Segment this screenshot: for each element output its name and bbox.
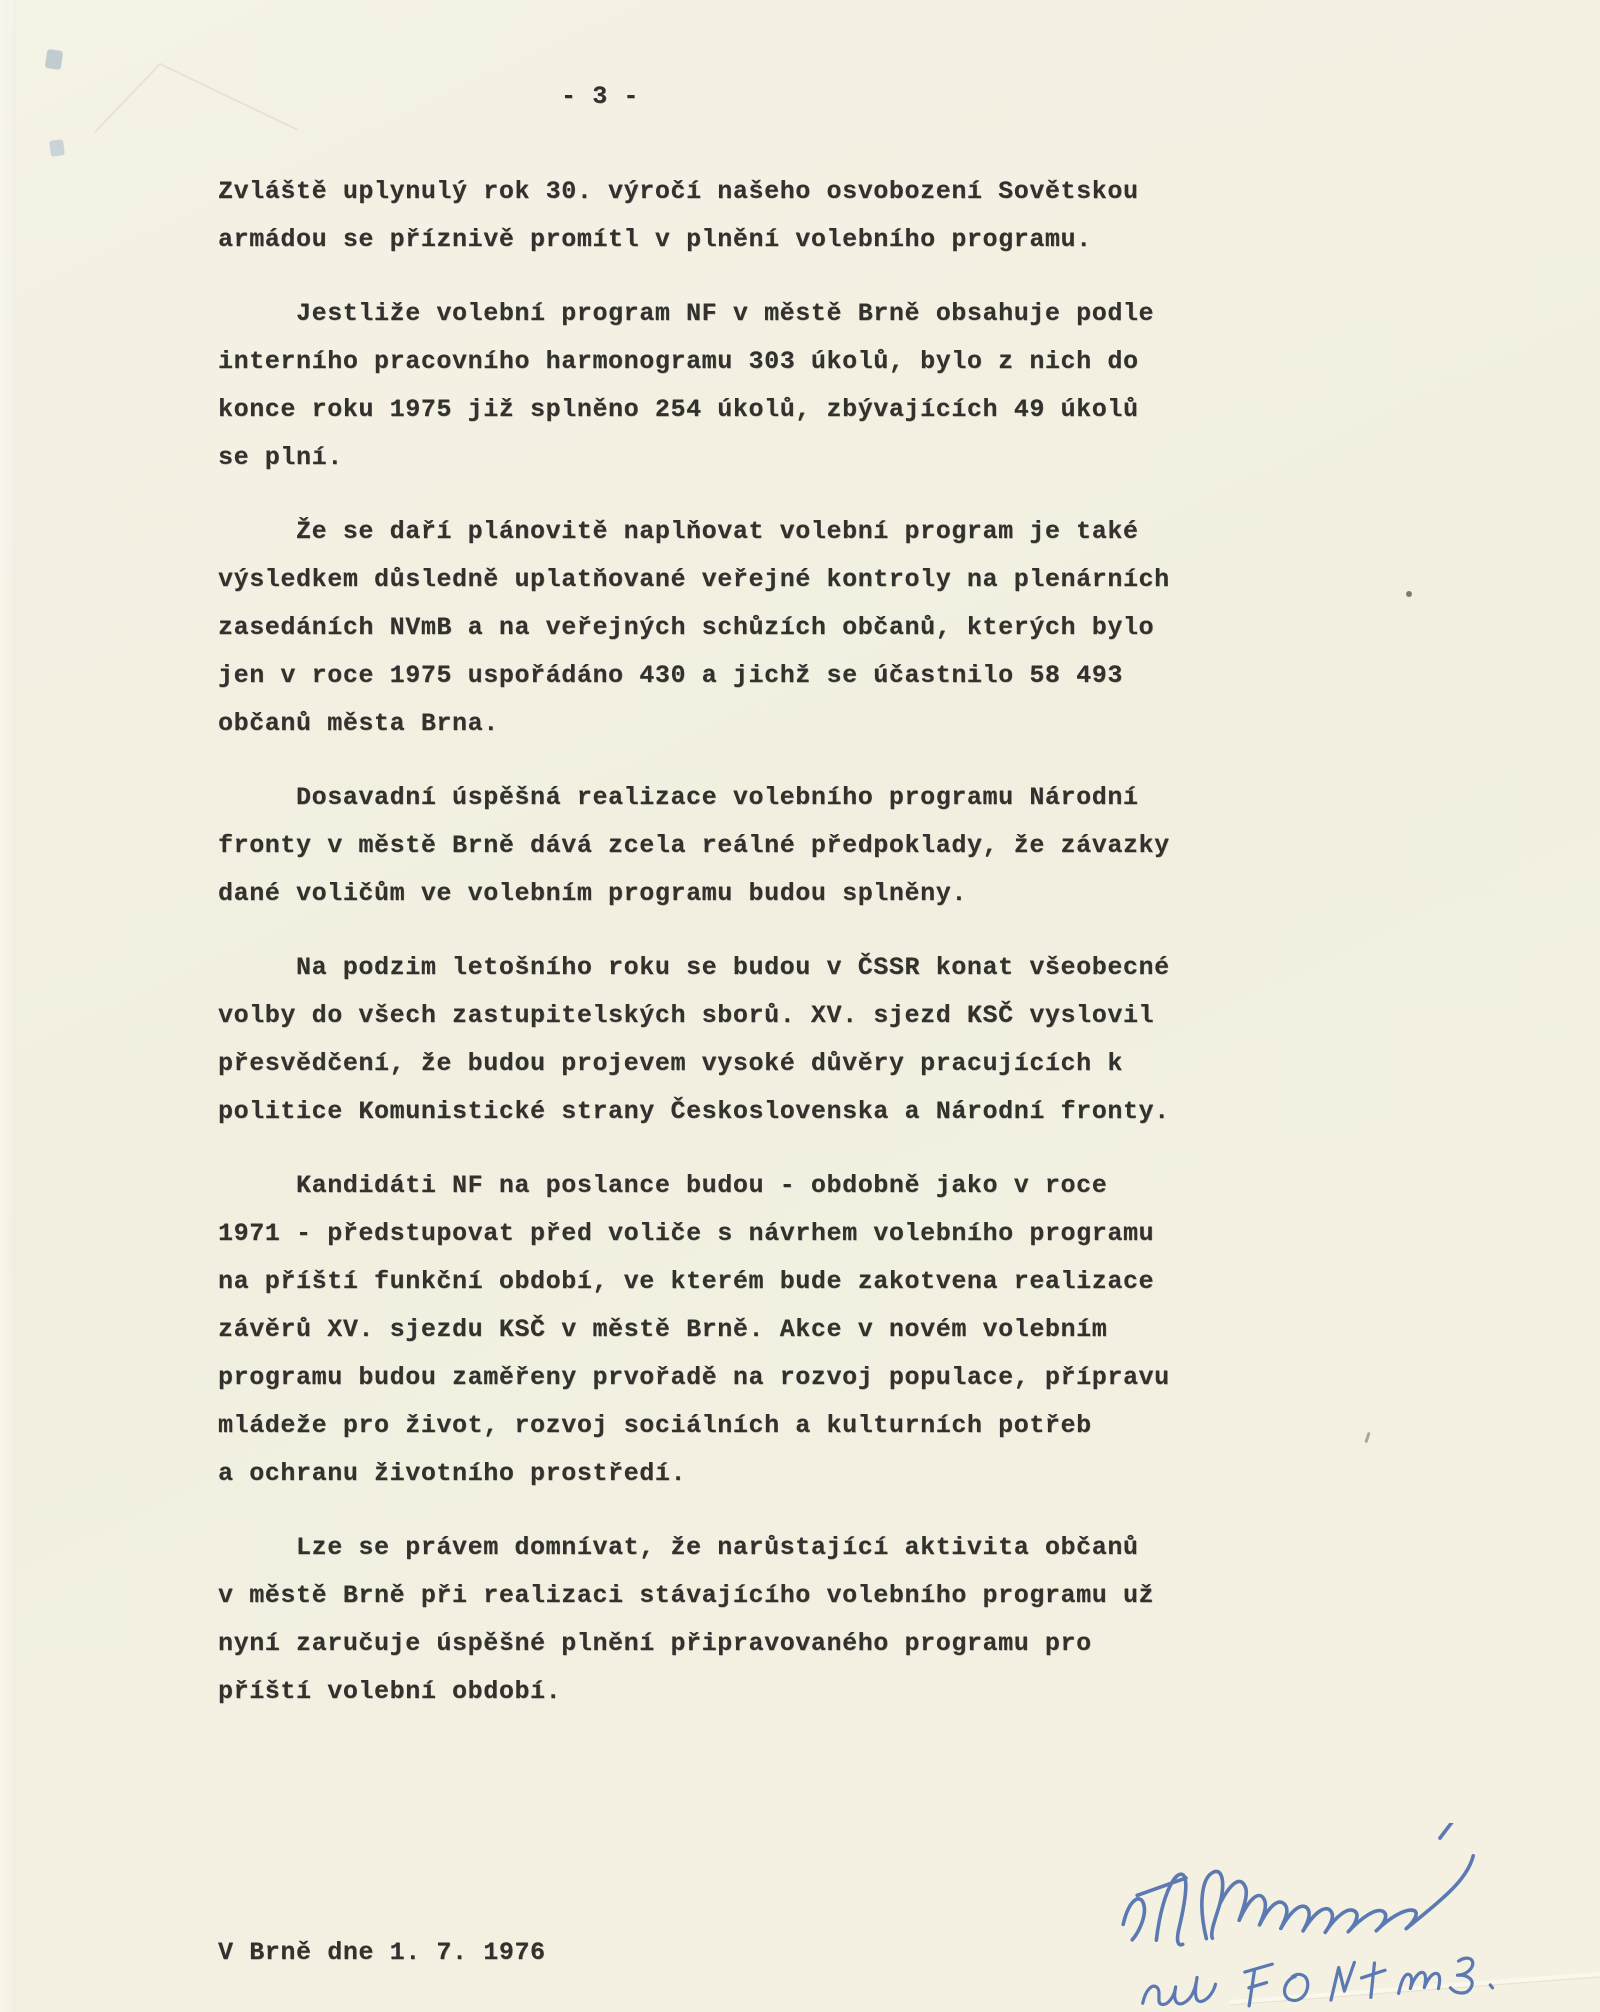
paragraph: Na podzim letošního roku se budou v ČSSR… bbox=[218, 944, 1228, 1136]
text-line: konce roku 1975 již splněno 254 úkolů, z… bbox=[218, 386, 1228, 434]
paper-edge bbox=[0, 0, 15, 2012]
text-line: volby do všech zastupitelských sborů. XV… bbox=[218, 992, 1228, 1040]
text-line: zasedáních NVmB a na veřejných schůzích … bbox=[218, 604, 1228, 652]
text-line: výsledkem důsledně uplatňované veřejné k… bbox=[218, 556, 1228, 604]
text-line: politice Komunistické strany Českosloven… bbox=[218, 1088, 1228, 1136]
text-line: občanů města Brna. bbox=[218, 700, 1228, 748]
paragraph: Že se daří plánovitě naplňovat volební p… bbox=[218, 508, 1228, 748]
text-line: jen v roce 1975 uspořádáno 430 a jichž s… bbox=[218, 652, 1228, 700]
page-number: - 3 - bbox=[561, 82, 639, 111]
text-line: 1971 - předstupovat před voliče s návrhe… bbox=[218, 1210, 1228, 1258]
text-line: nyní zaručuje úspěšné plnění připravovan… bbox=[218, 1620, 1228, 1668]
text-line: se plní. bbox=[218, 434, 1228, 482]
text-line: Jestliže volební program NF v městě Brně… bbox=[218, 290, 1228, 338]
text-line: Kandidáti NF na poslance budou - obdobně… bbox=[218, 1162, 1228, 1210]
staple-mark bbox=[45, 49, 63, 70]
text-line: závěrů XV. sjezdu KSČ v městě Brně. Akce… bbox=[218, 1306, 1228, 1354]
text-line: Dosavadní úspěšná realizace volebního pr… bbox=[218, 774, 1228, 822]
text-line: interního pracovního harmonogramu 303 úk… bbox=[218, 338, 1228, 386]
document-page: - 3 - Zvláště uplynulý rok 30. výročí na… bbox=[0, 0, 1600, 2012]
staple-mark bbox=[49, 139, 65, 157]
paragraph: Zvláště uplynulý rok 30. výročí našeho o… bbox=[218, 168, 1228, 264]
signature-stroke-line2 bbox=[1141, 1949, 1493, 2008]
text-line: mládeže pro život, rozvoj sociálních a k… bbox=[218, 1402, 1228, 1450]
text-line: programu budou zaměřeny prvořadě na rozv… bbox=[218, 1354, 1228, 1402]
paragraph: Jestliže volební program NF v městě Brně… bbox=[218, 290, 1228, 482]
paragraph: Kandidáti NF na poslance budou - obdobně… bbox=[218, 1162, 1228, 1498]
paragraph: Dosavadní úspěšná realizace volebního pr… bbox=[218, 774, 1228, 918]
date-line: V Brně dne 1. 7. 1976 bbox=[218, 1938, 546, 1967]
text-line: fronty v městě Brně dává zcela reálné př… bbox=[218, 822, 1228, 870]
text-line: a ochranu životního prostředí. bbox=[218, 1450, 1228, 1498]
text-line: Že se daří plánovitě naplňovat volební p… bbox=[218, 508, 1228, 556]
text-line: v městě Brně při realizaci stávajícího v… bbox=[218, 1572, 1228, 1620]
text-line: přesvědčení, že budou projevem vysoké dů… bbox=[218, 1040, 1228, 1088]
text-line: dané voličům ve volebním programu budou … bbox=[218, 870, 1228, 918]
text-line: armádou se příznivě promítl v plnění vol… bbox=[218, 216, 1228, 264]
text-line: na příští funkční období, ve kterém bude… bbox=[218, 1258, 1228, 1306]
handwritten-signature bbox=[1095, 1823, 1595, 2008]
text-line: Lze se právem domnívat, že narůstající a… bbox=[218, 1524, 1228, 1572]
typewritten-text-block: Zvláště uplynulý rok 30. výročí našeho o… bbox=[218, 168, 1228, 1742]
ink-speck bbox=[1406, 591, 1412, 597]
text-line: příští volební období. bbox=[218, 1668, 1228, 1716]
text-line: Na podzim letošního roku se budou v ČSSR… bbox=[218, 944, 1228, 992]
ink-speck bbox=[1364, 1432, 1370, 1443]
signature-stroke-line1 bbox=[1118, 1823, 1478, 1949]
text-line: Zvláště uplynulý rok 30. výročí našeho o… bbox=[218, 168, 1228, 216]
paragraph: Lze se právem domnívat, že narůstající a… bbox=[218, 1524, 1228, 1716]
